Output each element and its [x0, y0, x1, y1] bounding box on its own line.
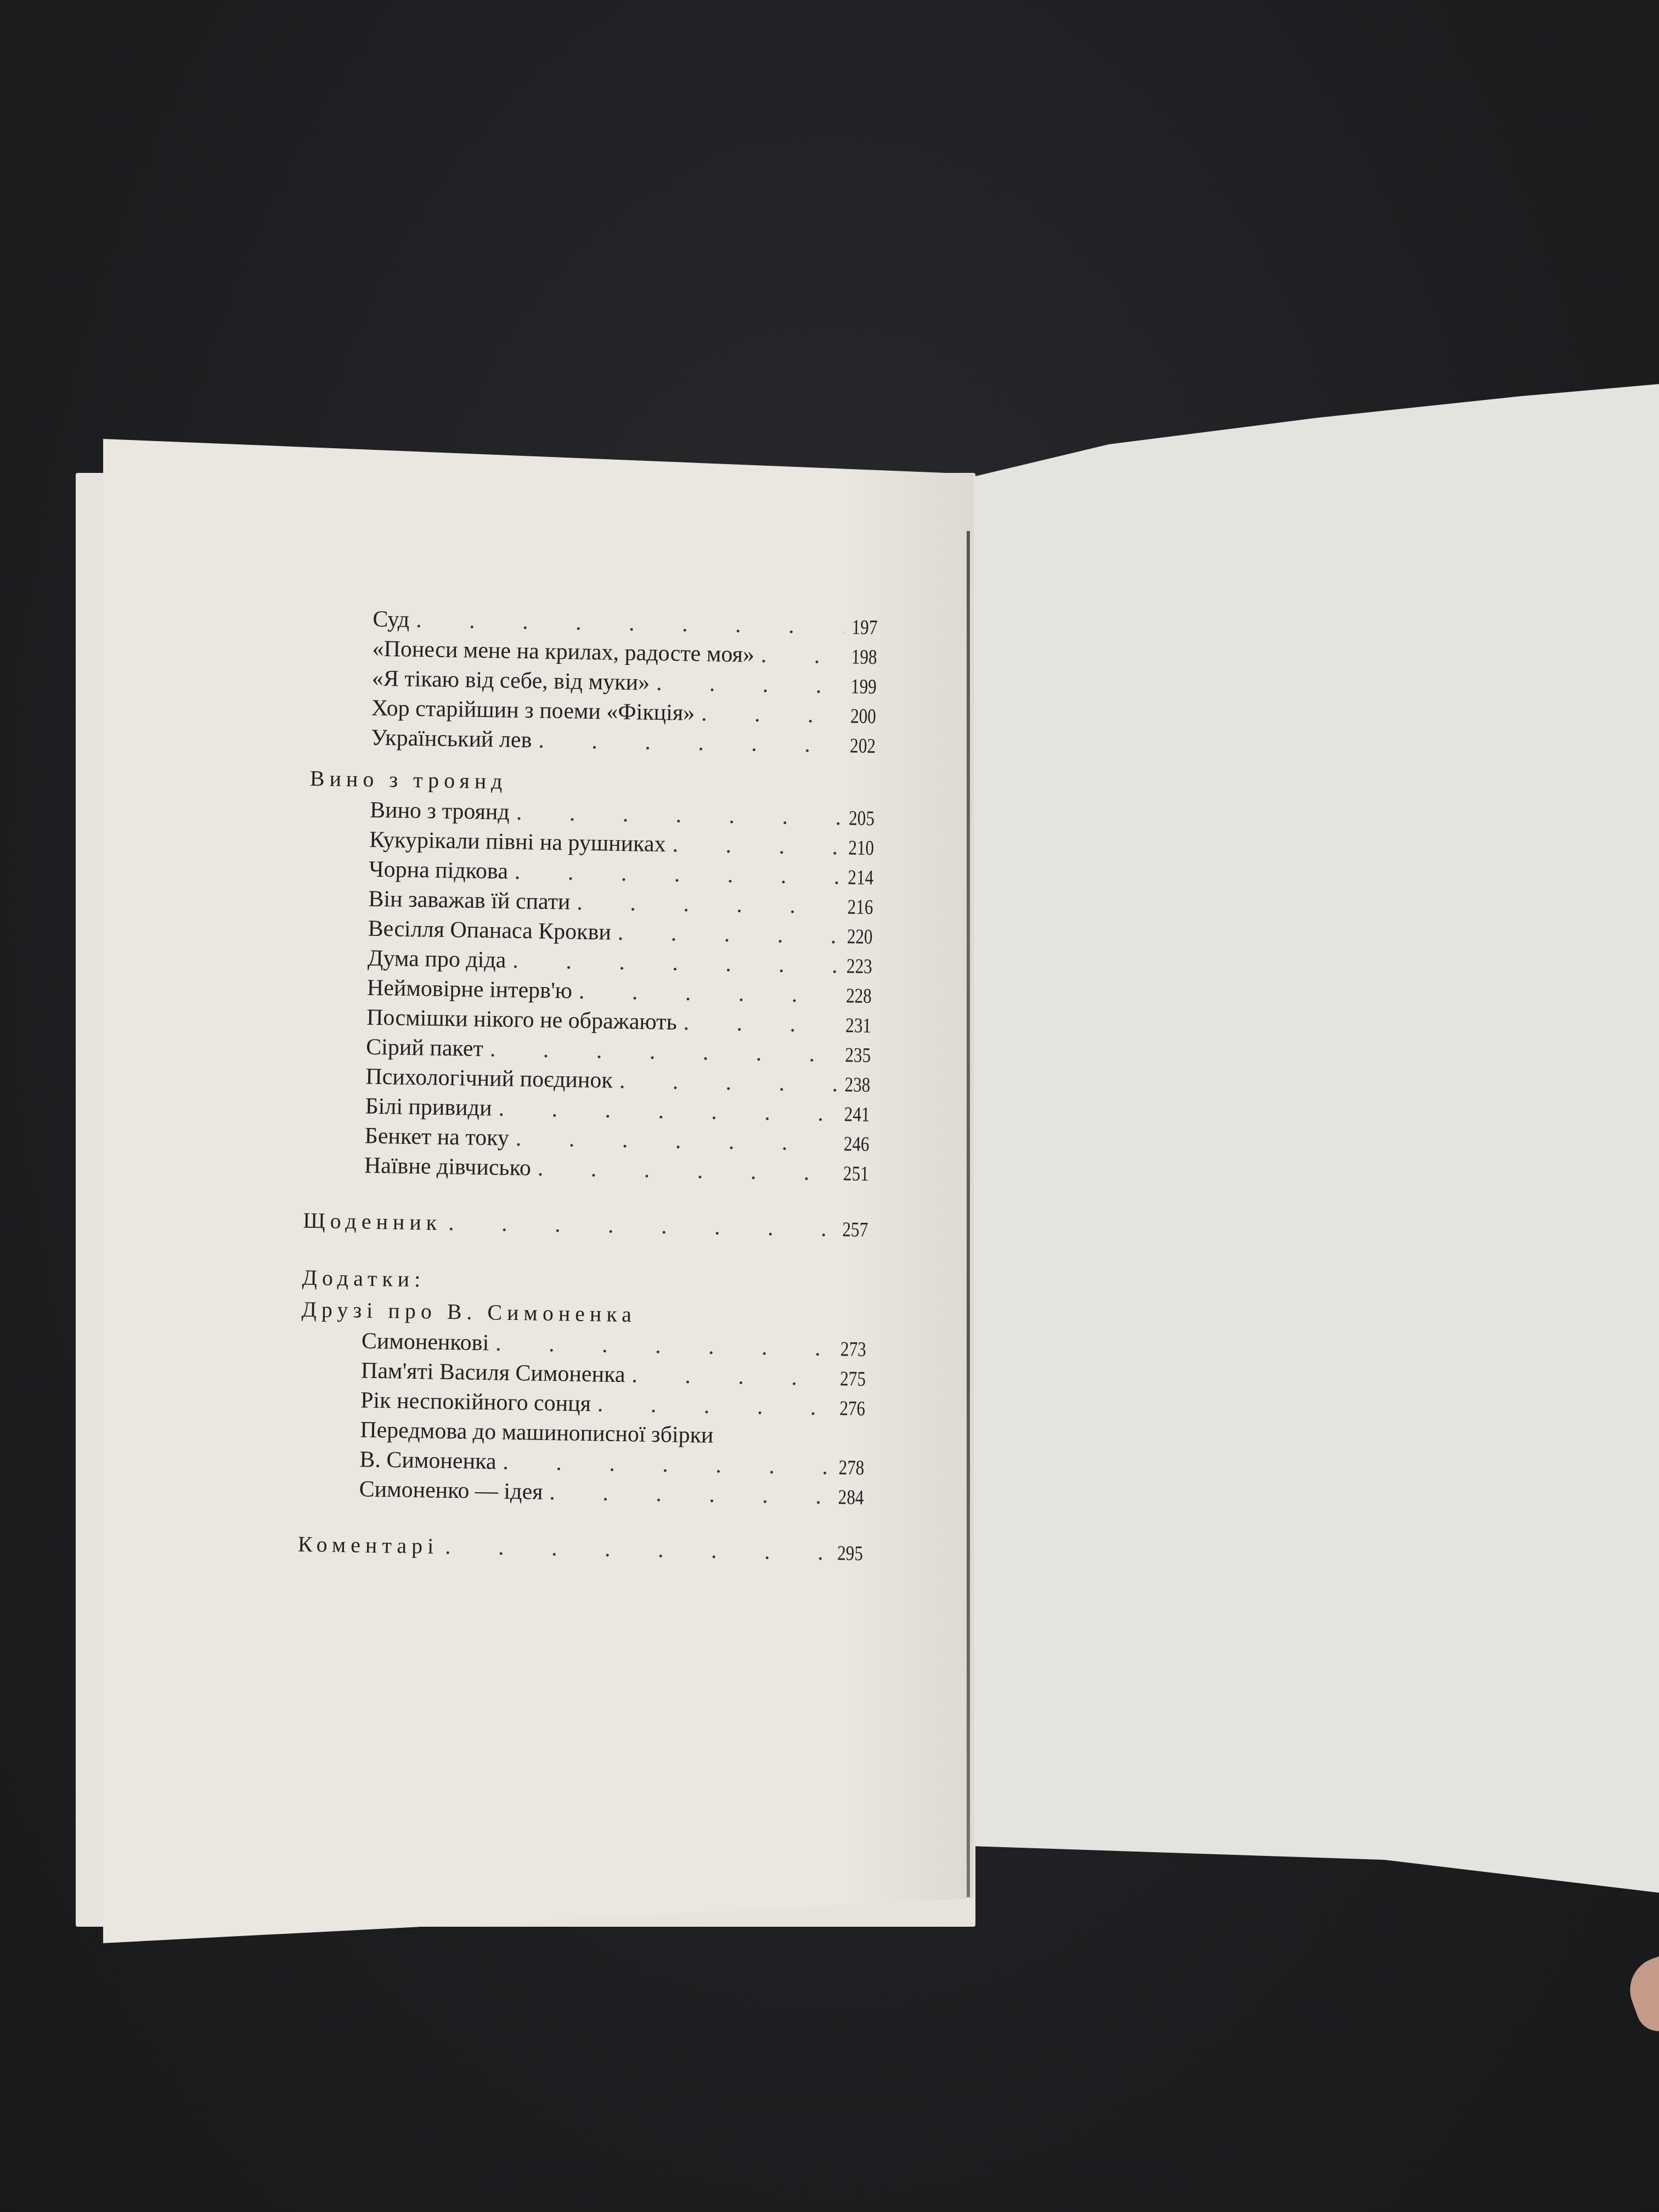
toc-leader-dots: . . . . . . . . . . . . . . . . . . . . …	[438, 1532, 830, 1567]
toc-entry-title: В. Симоненка	[359, 1445, 496, 1477]
toc-entry-title: Весілля Опанаса Крокви	[368, 914, 611, 947]
toc-entry-title: Дума про діда	[367, 944, 506, 975]
toc-page-number: 273	[838, 1334, 867, 1364]
toc-page-number: 251	[841, 1159, 870, 1189]
toc-page-number: 231	[843, 1011, 872, 1041]
toc-page-number: 278	[836, 1453, 865, 1483]
toc-entry-title: Чорна підкова	[369, 855, 508, 887]
toc-leader-dots: . . . . . . . . . . . . . . . . . . . . …	[611, 918, 839, 951]
toc-page-number: 275	[838, 1364, 866, 1394]
toc-entry-title: Сірий пакет	[366, 1032, 483, 1064]
toc-leader-dots: . . . . . . . . . . . . . . . . . . . . …	[509, 798, 840, 832]
toc-leader-dots: . . . . . . . . . . . . . . . . . . . . …	[489, 1328, 832, 1363]
toc-leader-dots: . . . . . . . . . . . . . . . . . . . . …	[625, 1360, 832, 1393]
toc-entry-title: Хор старійшин з поеми «Фікція»	[371, 693, 695, 728]
book-spine-gutter	[967, 531, 970, 1897]
toc-page-number: 228	[844, 981, 872, 1011]
toc-leader-dots: . . . . . . . . . . . . . . . . . . . . …	[695, 698, 843, 730]
toc-page-number: 200	[848, 701, 877, 731]
toc-entry-title: Симоненкові	[361, 1327, 489, 1358]
toc-page-number: 198	[849, 642, 877, 672]
toc-entry-title: Пам'яті Василя Симоненка	[361, 1356, 625, 1390]
toc-page-number: 205	[847, 803, 875, 833]
toc-page-number: 246	[841, 1129, 870, 1159]
toc-page-number: 214	[845, 862, 874, 893]
toc-leader-dots: . . . . . . . . . . . . . . . . . . . . …	[508, 857, 840, 891]
toc-leader-dots: . . . . . . . . . . . . . . . . . . . . …	[612, 1066, 836, 1099]
toc-page-number: 241	[842, 1099, 870, 1130]
right-page-blank	[971, 384, 1659, 1964]
toc-page-number: 220	[844, 922, 873, 952]
toc-entry-title: Наївне дівчисько	[364, 1151, 531, 1183]
toc-leader-dots: . . . . . . . . . . . . . . . . . . . . …	[754, 640, 843, 672]
toc-entry-title: Посмішки нікого не ображають	[366, 1003, 677, 1037]
toc-leader-dots: . . . . . . . . . . . . . . . . . . . . …	[509, 1124, 836, 1158]
toc-leader-dots: . . . . . . . . . . . . . . . . . . . . …	[591, 1389, 832, 1423]
toc-entry-title: «Я тікаю від себе, від муки»	[371, 664, 650, 698]
toc-entry-title: Бенкет на току	[364, 1121, 509, 1153]
toc-entry-title: Неймовірне інтерв'ю	[367, 973, 573, 1006]
toc-leader-dots: . . . . . . . . . . . . . . . . . . . . …	[572, 977, 838, 1011]
toc-entry-title: Симоненко — ідея	[359, 1475, 543, 1507]
toc-entry-title: Рік неспокійного сонця	[360, 1386, 591, 1419]
toc-leader-dots: . . . . . . . . . . . . . . . . . . . . …	[676, 1008, 837, 1040]
toc-page-number: 197	[849, 612, 878, 642]
table-of-contents: Суд . . . . . . . . . . . . . . . . . . …	[298, 603, 878, 1568]
toc-entry-title: Білі привиди	[365, 1092, 492, 1124]
toc-entry-title: Він заважав їй спати	[368, 884, 571, 917]
toc-page-number: 223	[844, 951, 872, 981]
toc-entry-title: Суд	[373, 605, 410, 635]
toc-page-number: 210	[846, 833, 874, 863]
toc-leader-dots: . . . . . . . . . . . . . . . . . . . . …	[483, 1034, 837, 1069]
toc-leader-dots: . . . . . . . . . . . . . . . . . . . . …	[531, 1153, 835, 1188]
toc-page-number: 295	[835, 1538, 864, 1568]
toc-entry-title: Психологічний поєдинок	[365, 1062, 613, 1096]
toc-entry-title: Український лев	[371, 723, 532, 755]
toc-entry-title: Вино з троянд	[370, 795, 510, 827]
toc-page-number: 199	[848, 672, 877, 702]
toc-leader-dots: . . . . . . . . . . . . . . . . . . . . …	[492, 1093, 836, 1128]
toc-page-number: 238	[842, 1070, 871, 1100]
toc-leader-dots: . . . . . . . . . . . . . . . . . . . . …	[543, 1477, 830, 1511]
toc-page-number: 216	[845, 892, 873, 922]
toc-leader-dots: . . . . . . . . . . . . . . . . . . . . …	[496, 1447, 831, 1482]
toc-leader-dots: . . . . . . . . . . . . . . . . . . . . …	[442, 1208, 834, 1244]
toc-leader-dots: . . . . . . . . . . . . . . . . . . . . …	[665, 830, 840, 862]
toc-leader-dots: . . . . . . . . . . . . . . . . . . . . …	[532, 725, 842, 760]
toc-entry-title: Щоденник	[303, 1206, 442, 1238]
toc-page-number: 284	[836, 1482, 864, 1513]
toc-leader-dots: . . . . . . . . . . . . . . . . . . . . …	[570, 887, 839, 921]
toc-entry-title: Коментарі	[298, 1530, 439, 1561]
toc-page-number: 202	[848, 731, 876, 761]
toc-leader-dots: . . . . . . . . . . . . . . . . . . . . …	[506, 946, 838, 981]
toc-page-number: 257	[840, 1215, 868, 1245]
toc-page-number: 235	[843, 1040, 871, 1070]
toc-leader-dots: . . . . . . . . . . . . . . . . . . . . …	[650, 668, 843, 701]
toc-page-number: 276	[837, 1393, 866, 1424]
toc-entry-title: Кукурікали півні на рушниках	[369, 825, 666, 859]
